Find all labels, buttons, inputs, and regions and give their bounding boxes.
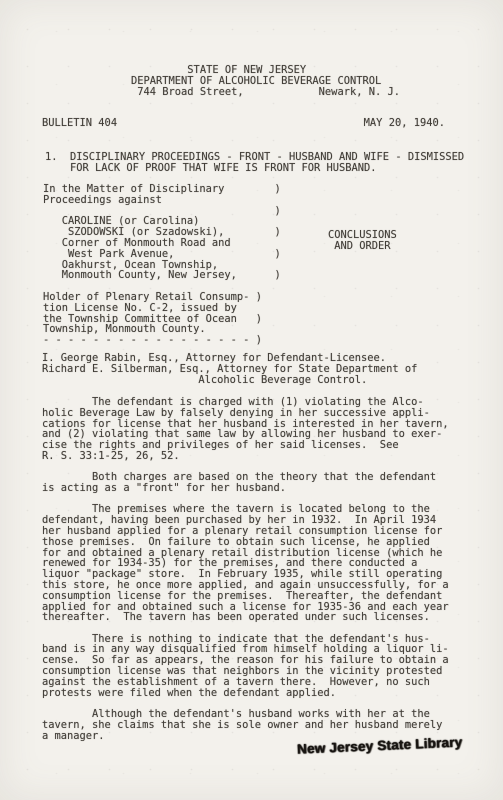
body-text: The defendant is charged with (1) violat… [42,397,449,752]
bulletin-date: MAY 20, 1940. [364,118,445,129]
conclusions-and-order-label: CONCLUSIONS AND ORDER [328,230,397,252]
paragraph-ownership-claim: Although the defendant's husband works w… [42,709,449,741]
bulletin-number: BULLETIN 404 [42,118,117,129]
letterhead: STATE OF NEW JERSEY DEPARTMENT OF ALCOHO… [131,65,400,97]
paragraph-husband-qualification: There is nothing to indicate that the de… [42,634,449,699]
attorneys-of-record: I. George Rabin, Esq., Attorney for Defe… [42,353,417,385]
paragraph-premises-history: The premises where the tavern is located… [42,504,449,623]
paragraph-charges: The defendant is charged with (1) violat… [42,397,449,462]
paragraph-theory: Both charges are based on the theory tha… [42,472,449,494]
item-heading: 1. DISCIPLINARY PROCEEDINGS - FRONT - HU… [45,152,464,174]
bulletin-row: BULLETIN 404 MAY 20, 1940. [42,118,445,129]
case-caption: In the Matter of Disciplinary ) Proceedi… [43,184,281,346]
document-page: STATE OF NEW JERSEY DEPARTMENT OF ALCOHO… [0,0,503,800]
